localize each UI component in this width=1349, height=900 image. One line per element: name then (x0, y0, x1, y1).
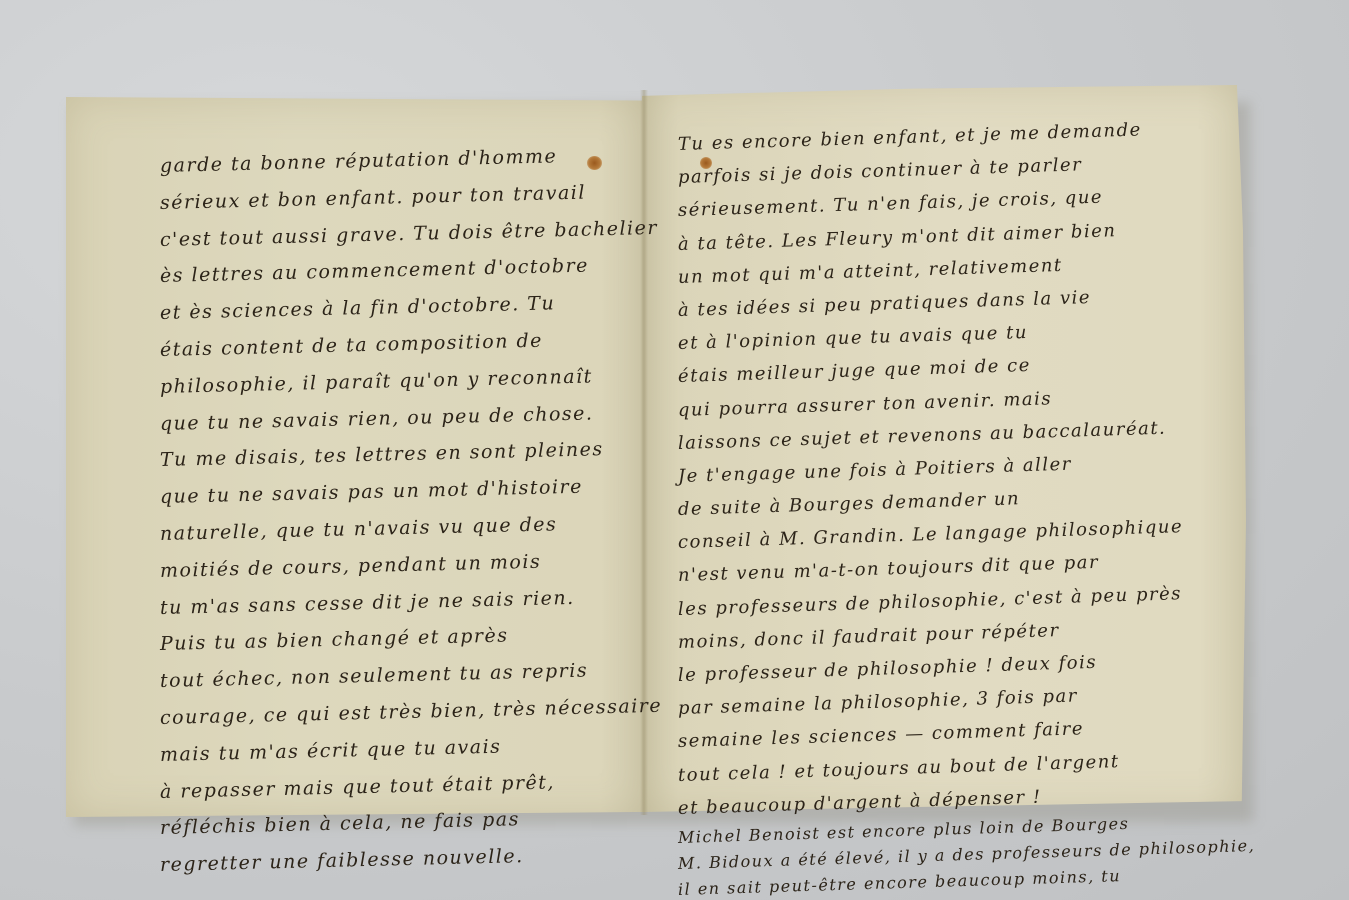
right-page-handwriting: Tu es encore bien enfant, et je me deman… (678, 128, 1255, 900)
left-page-handwriting: garde ta bonne réputation d'homme sérieu… (160, 148, 662, 884)
